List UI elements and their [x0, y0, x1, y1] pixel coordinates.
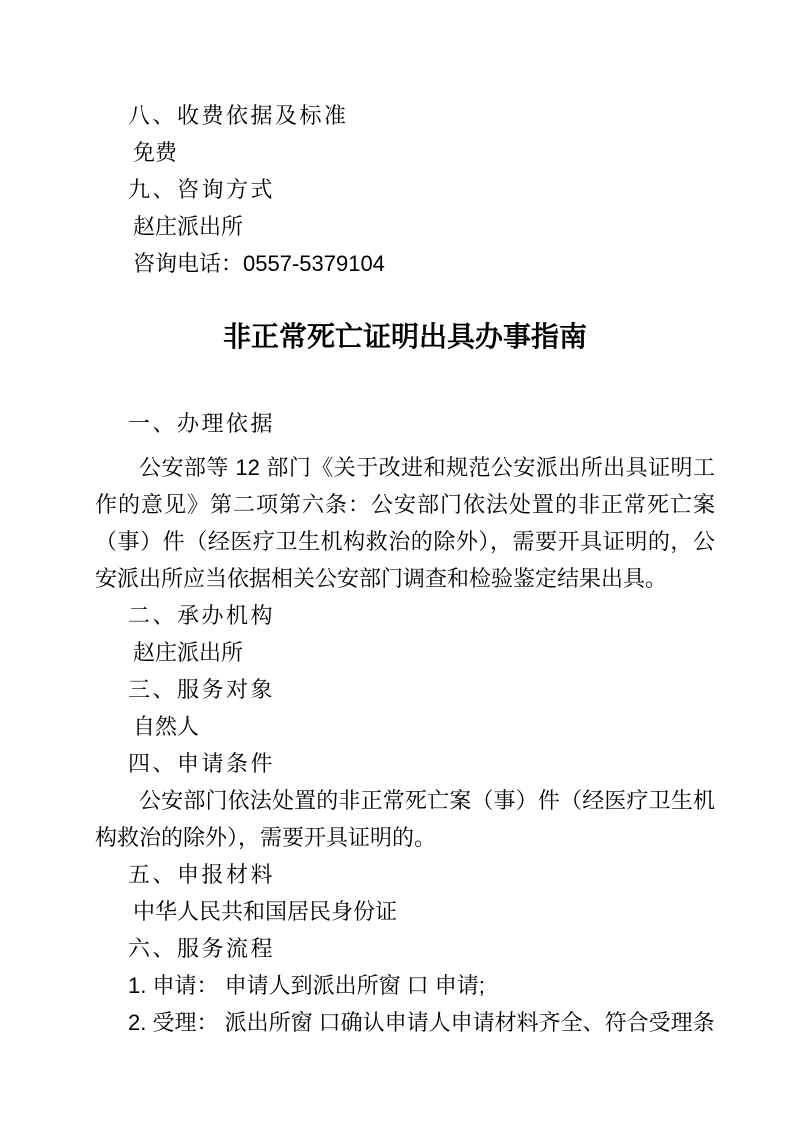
procedure-step: 1. 申请： 申请人到派出所窗 口 申请;	[95, 967, 715, 1004]
section-heading: 一、办理依据	[95, 405, 715, 442]
paragraph: 公安部等 12 部门《关于改进和规范公安派出所出具证明工作的意见》第二项第六条：…	[95, 449, 715, 597]
document-page: 八、收费依据及标准免费九、咨询方式赵庄派出所咨询电话：0557-5379104非…	[0, 0, 793, 1122]
text-line: 赵庄派出所	[95, 208, 715, 245]
document-content: 八、收费依据及标准免费九、咨询方式赵庄派出所咨询电话：0557-5379104非…	[0, 0, 793, 1041]
section-heading: 四、申请条件	[95, 745, 715, 782]
section-heading: 三、服务对象	[95, 671, 715, 708]
text-line: 免费	[95, 134, 715, 171]
section-heading: 八、收费依据及标准	[95, 97, 715, 134]
paragraph: 公安部门依法处置的非正常死亡案（事）件（经医疗卫生机构救治的除外），需要开具证明…	[95, 782, 715, 856]
document-title: 非正常死亡证明出具办事指南	[95, 313, 715, 361]
text-line: 自然人	[95, 708, 715, 745]
section-heading: 九、咨询方式	[95, 171, 715, 208]
text-line: 中华人民共和国居民身份证	[95, 893, 715, 930]
text-line: 赵庄派出所	[95, 634, 715, 671]
section-heading: 六、服务流程	[95, 930, 715, 967]
procedure-step: 2. 受理： 派出所窗 口确认申请人申请材料齐全、符合受理条	[95, 1004, 715, 1041]
section-heading: 二、承办机构	[95, 597, 715, 634]
section-heading: 五、申报材料	[95, 856, 715, 893]
text-line: 咨询电话：0557-5379104	[95, 245, 715, 282]
